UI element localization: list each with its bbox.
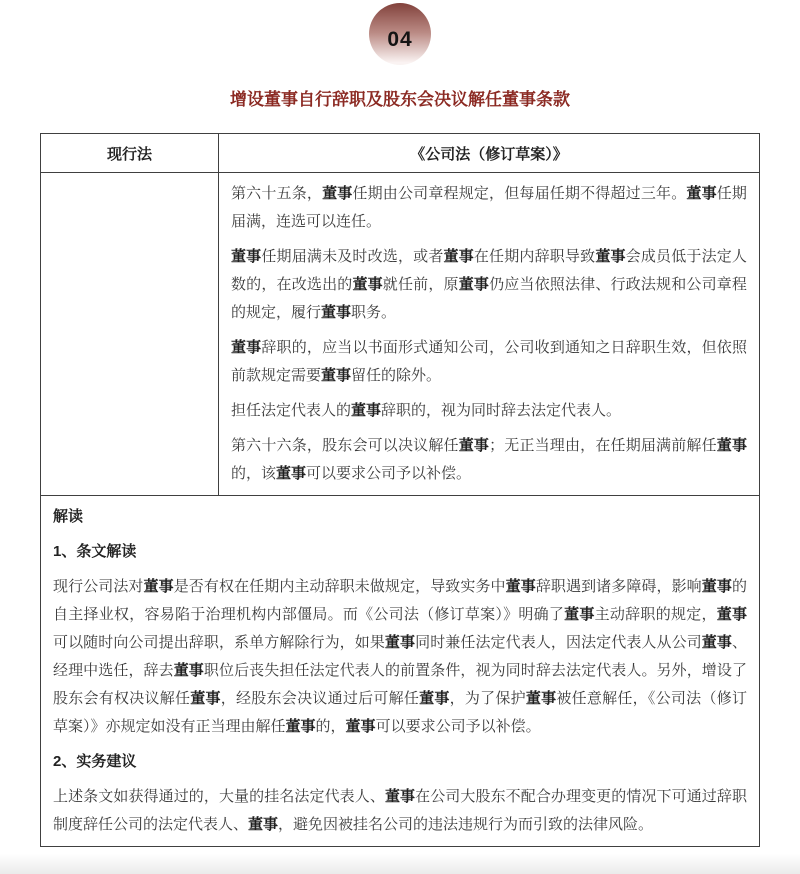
clause-interpretation-text: 现行公司法对董事是否有权在任期内主动辞职未做规定，导致实务中董事辞职遇到诸多障碍… [53,573,747,741]
interpretation-heading: 解读 [53,503,747,531]
draft-paragraph-4: 担任法定代表人的董事辞职的，视为同时辞去法定代表人。 [231,397,747,425]
draft-law-cell: 第六十五条，董事任期由公司章程规定，但每届任期不得超过三年。董事任期届满，连选可… [219,173,760,496]
clause-interpretation-heading: 1、条文解读 [53,538,747,566]
current-law-cell [41,173,219,496]
page-title: 增设董事自行辞职及股东会决议解任董事条款 [0,89,800,111]
interpretation-row: 解读 1、条文解读 现行公司法对董事是否有权在任期内主动辞职未做规定，导致实务中… [41,496,760,847]
draft-paragraph-1: 第六十五条，董事任期由公司章程规定，但每届任期不得超过三年。董事任期届满，连选可… [231,180,747,236]
column-header-current-law: 现行法 [41,134,219,173]
document-page: { "badge": { "number": "04" }, "title": … [0,0,800,874]
table-header-row: 现行法 《公司法（修订草案）》 [41,134,760,173]
section-number-badge: 04 [369,3,431,65]
page-bottom-fade [0,854,800,874]
practical-advice-heading: 2、实务建议 [53,748,747,776]
table-body-row: 第六十五条，董事任期由公司章程规定，但每届任期不得超过三年。董事任期届满，连选可… [41,173,760,496]
draft-paragraph-5: 第六十六条，股东会可以决议解任董事；无正当理由，在任期届满前解任董事的，该董事可… [231,432,747,488]
column-header-draft-law: 《公司法（修订草案）》 [219,134,760,173]
law-comparison-table: 现行法 《公司法（修订草案）》 第六十五条，董事任期由公司章程规定，但每届任期不… [40,133,760,847]
practical-advice-text: 上述条文如获得通过的，大量的挂名法定代表人、董事在公司大股东不配合办理变更的情况… [53,783,747,839]
interpretation-cell: 解读 1、条文解读 现行公司法对董事是否有权在任期内主动辞职未做规定，导致实务中… [41,496,760,847]
section-number: 04 [387,28,412,52]
draft-paragraph-3: 董事辞职的，应当以书面形式通知公司，公司收到通知之日辞职生效，但依照前款规定需要… [231,334,747,390]
draft-paragraph-2: 董事任期届满未及时改选，或者董事在任期内辞职导致董事会成员低于法定人数的，在改选… [231,243,747,327]
